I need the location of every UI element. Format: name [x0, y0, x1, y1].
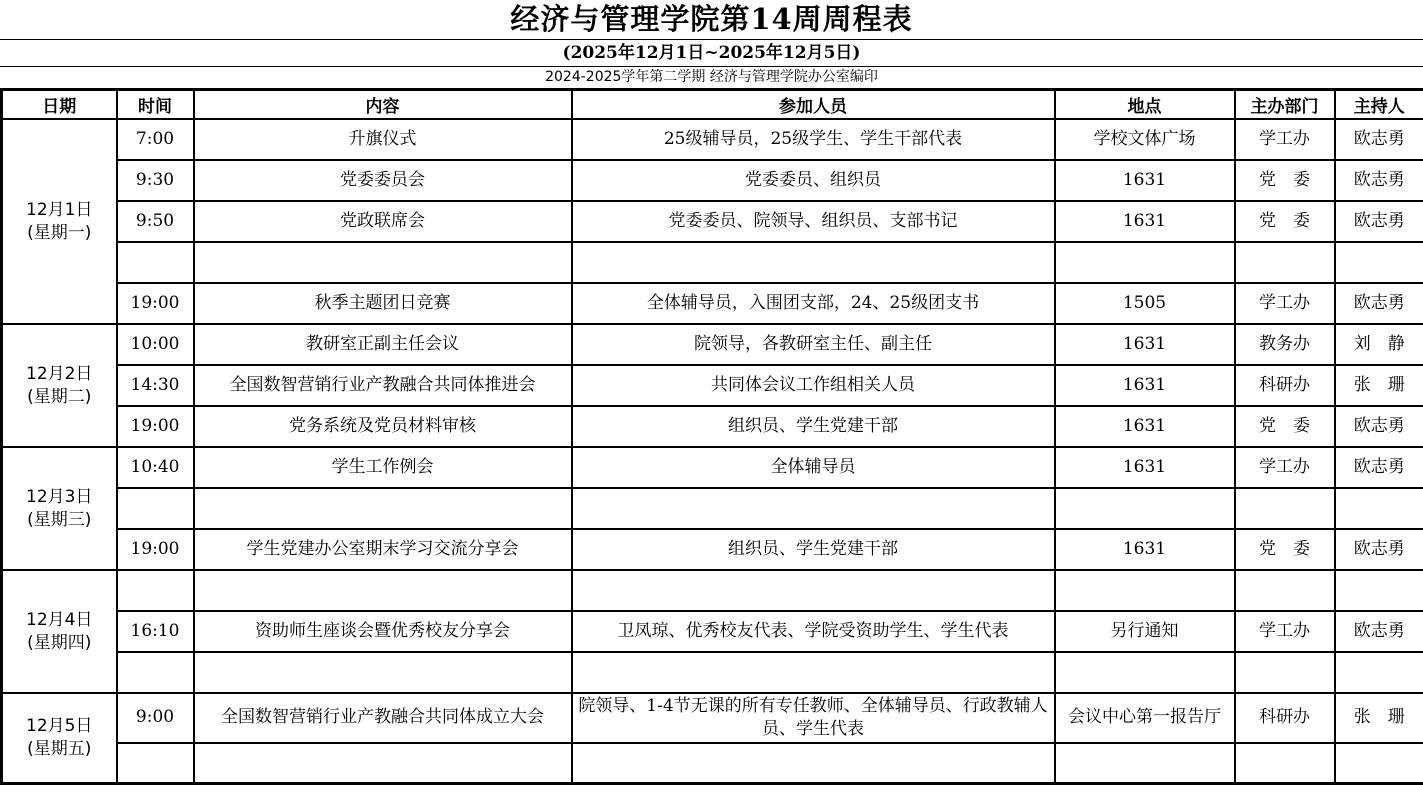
content-cell: 党委委员会	[194, 160, 572, 201]
location-cell: 1631	[1055, 406, 1235, 447]
weekday-label: (星期二)	[7, 386, 112, 409]
participants-cell	[572, 570, 1055, 611]
schedule-row	[2, 242, 1423, 283]
page-title: 经济与管理学院第14周周程表	[0, 0, 1423, 40]
date-label: 12月1日	[7, 199, 112, 222]
participants-cell: 25级辅导员，25级学生、学生干部代表	[572, 119, 1055, 160]
content-cell: 资助师生座谈会暨优秀校友分享会	[194, 611, 572, 652]
schedule-row: 19:00党务系统及党员材料审核组织员、学生党建干部1631党 委欧志勇	[2, 406, 1423, 447]
time-cell	[117, 570, 194, 611]
location-cell: 1631	[1055, 447, 1235, 488]
time-cell	[117, 488, 194, 529]
schedule-row	[2, 743, 1423, 784]
location-cell: 学校文体广场	[1055, 119, 1235, 160]
schedule-row: 9:50党政联席会党委委员、院领导、组织员、支部书记1631党 委欧志勇	[2, 201, 1423, 242]
date-cell: 12月2日(星期二)	[2, 324, 117, 447]
schedule-row: 19:00秋季主题团日竞赛全体辅导员，入围团支部，24、25级团支书1505学工…	[2, 283, 1423, 324]
host-cell: 欧志勇	[1335, 611, 1423, 652]
department-cell	[1235, 743, 1335, 784]
participants-cell: 院领导、1-4节无课的所有专任教师、全体辅导员、行政教辅人员、学生代表	[572, 693, 1055, 743]
department-cell: 学工办	[1235, 119, 1335, 160]
content-cell: 秋季主题团日竞赛	[194, 283, 572, 324]
content-cell: 学生工作例会	[194, 447, 572, 488]
schedule-page: 经济与管理学院第14周周程表 (2025年12月1日~2025年12月5日) 2…	[0, 0, 1423, 785]
host-cell: 欧志勇	[1335, 201, 1423, 242]
col-header-department: 主办部门	[1235, 90, 1335, 120]
host-cell	[1335, 570, 1423, 611]
col-header-content: 内容	[194, 90, 572, 120]
col-header-date: 日期	[2, 90, 117, 120]
time-cell	[117, 652, 194, 693]
time-cell	[117, 242, 194, 283]
time-cell	[117, 743, 194, 784]
department-cell: 教务办	[1235, 324, 1335, 365]
location-cell: 1631	[1055, 201, 1235, 242]
host-cell	[1335, 743, 1423, 784]
host-cell: 欧志勇	[1335, 447, 1423, 488]
col-header-host: 主持人	[1335, 90, 1423, 120]
host-cell: 张 珊	[1335, 693, 1423, 743]
schedule-row: 16:10资助师生座谈会暨优秀校友分享会卫凤琼、优秀校友代表、学院受资助学生、学…	[2, 611, 1423, 652]
time-cell: 9:50	[117, 201, 194, 242]
schedule-row: 12月3日(星期三)10:40学生工作例会全体辅导员1631学工办欧志勇	[2, 447, 1423, 488]
participants-cell	[572, 242, 1055, 283]
print-note: 2024-2025学年第二学期 经济与管理学院办公室编印	[0, 67, 1423, 88]
location-cell: 1631	[1055, 365, 1235, 406]
time-cell: 19:00	[117, 406, 194, 447]
participants-cell: 共同体会议工作组相关人员	[572, 365, 1055, 406]
department-cell: 科研办	[1235, 693, 1335, 743]
department-cell	[1235, 652, 1335, 693]
participants-cell	[572, 652, 1055, 693]
schedule-row: 12月1日(星期一)7:00升旗仪式25级辅导员，25级学生、学生干部代表学校文…	[2, 119, 1423, 160]
schedule-row: 12月2日(星期二)10:00教研室正副主任会议院领导，各教研室主任、副主任16…	[2, 324, 1423, 365]
participants-cell	[572, 743, 1055, 784]
time-cell: 7:00	[117, 119, 194, 160]
time-cell: 10:40	[117, 447, 194, 488]
col-header-location: 地点	[1055, 90, 1235, 120]
department-cell: 学工办	[1235, 283, 1335, 324]
host-cell	[1335, 242, 1423, 283]
host-cell	[1335, 488, 1423, 529]
department-cell: 科研办	[1235, 365, 1335, 406]
time-cell: 14:30	[117, 365, 194, 406]
department-cell: 党 委	[1235, 160, 1335, 201]
content-cell: 学生党建办公室期末学习交流分享会	[194, 529, 572, 570]
location-cell: 1631	[1055, 324, 1235, 365]
time-cell: 9:30	[117, 160, 194, 201]
department-cell: 学工办	[1235, 611, 1335, 652]
location-cell: 1505	[1055, 283, 1235, 324]
date-range: (2025年12月1日~2025年12月5日)	[0, 40, 1423, 67]
location-cell	[1055, 570, 1235, 611]
content-cell	[194, 652, 572, 693]
time-cell: 10:00	[117, 324, 194, 365]
location-cell: 1631	[1055, 529, 1235, 570]
date-label: 12月4日	[7, 609, 112, 632]
host-cell: 张 珊	[1335, 365, 1423, 406]
time-cell: 9:00	[117, 693, 194, 743]
date-cell: 12月1日(星期一)	[2, 119, 117, 324]
content-cell: 党务系统及党员材料审核	[194, 406, 572, 447]
schedule-row: 14:30全国数智营销行业产教融合共同体推进会共同体会议工作组相关人员1631科…	[2, 365, 1423, 406]
time-cell: 19:00	[117, 283, 194, 324]
host-cell: 欧志勇	[1335, 406, 1423, 447]
department-cell	[1235, 570, 1335, 611]
weekday-label: (星期四)	[7, 632, 112, 655]
participants-cell	[572, 488, 1055, 529]
schedule-row: 9:30党委委员会党委委员、组织员1631党 委欧志勇	[2, 160, 1423, 201]
col-header-time: 时间	[117, 90, 194, 120]
date-cell: 12月3日(星期三)	[2, 447, 117, 570]
schedule-table: 日期 时间 内容 参加人员 地点 主办部门 主持人 12月1日(星期一)7:00…	[0, 88, 1423, 785]
date-label: 12月3日	[7, 486, 112, 509]
date-label: 12月2日	[7, 363, 112, 386]
host-cell: 刘 静	[1335, 324, 1423, 365]
time-cell: 16:10	[117, 611, 194, 652]
location-cell	[1055, 652, 1235, 693]
content-cell: 全国数智营销行业产教融合共同体推进会	[194, 365, 572, 406]
participants-cell: 院领导，各教研室主任、副主任	[572, 324, 1055, 365]
department-cell: 党 委	[1235, 529, 1335, 570]
participants-cell: 卫凤琼、优秀校友代表、学院受资助学生、学生代表	[572, 611, 1055, 652]
content-cell	[194, 570, 572, 611]
schedule-row: 12月4日(星期四)	[2, 570, 1423, 611]
location-cell: 会议中心第一报告厅	[1055, 693, 1235, 743]
department-cell: 党 委	[1235, 406, 1335, 447]
date-cell: 12月4日(星期四)	[2, 570, 117, 693]
host-cell: 欧志勇	[1335, 283, 1423, 324]
participants-cell: 党委委员、院领导、组织员、支部书记	[572, 201, 1055, 242]
col-header-participants: 参加人员	[572, 90, 1055, 120]
participants-cell: 全体辅导员	[572, 447, 1055, 488]
participants-cell: 组织员、学生党建干部	[572, 529, 1055, 570]
department-cell	[1235, 242, 1335, 283]
location-cell	[1055, 743, 1235, 784]
date-cell: 12月5日(星期五)	[2, 693, 117, 784]
content-cell: 党政联席会	[194, 201, 572, 242]
content-cell	[194, 242, 572, 283]
weekday-label: (星期三)	[7, 509, 112, 532]
content-cell: 全国数智营销行业产教融合共同体成立大会	[194, 693, 572, 743]
department-cell	[1235, 488, 1335, 529]
participants-cell: 组织员、学生党建干部	[572, 406, 1055, 447]
location-cell	[1055, 242, 1235, 283]
header-row: 日期 时间 内容 参加人员 地点 主办部门 主持人	[2, 90, 1423, 120]
host-cell	[1335, 652, 1423, 693]
department-cell: 学工办	[1235, 447, 1335, 488]
time-cell: 19:00	[117, 529, 194, 570]
schedule-row: 19:00学生党建办公室期末学习交流分享会组织员、学生党建干部1631党 委欧志…	[2, 529, 1423, 570]
host-cell: 欧志勇	[1335, 119, 1423, 160]
content-cell	[194, 488, 572, 529]
date-label: 12月5日	[7, 715, 112, 738]
department-cell: 党 委	[1235, 201, 1335, 242]
location-cell: 另行通知	[1055, 611, 1235, 652]
location-cell	[1055, 488, 1235, 529]
schedule-row: 12月5日(星期五)9:00全国数智营销行业产教融合共同体成立大会院领导、1-4…	[2, 693, 1423, 743]
schedule-row	[2, 652, 1423, 693]
host-cell: 欧志勇	[1335, 160, 1423, 201]
host-cell: 欧志勇	[1335, 529, 1423, 570]
content-cell: 升旗仪式	[194, 119, 572, 160]
participants-cell: 全体辅导员，入围团支部，24、25级团支书	[572, 283, 1055, 324]
location-cell: 1631	[1055, 160, 1235, 201]
participants-cell: 党委委员、组织员	[572, 160, 1055, 201]
schedule-row	[2, 488, 1423, 529]
weekday-label: (星期五)	[7, 738, 112, 761]
weekday-label: (星期一)	[7, 222, 112, 245]
content-cell	[194, 743, 572, 784]
content-cell: 教研室正副主任会议	[194, 324, 572, 365]
